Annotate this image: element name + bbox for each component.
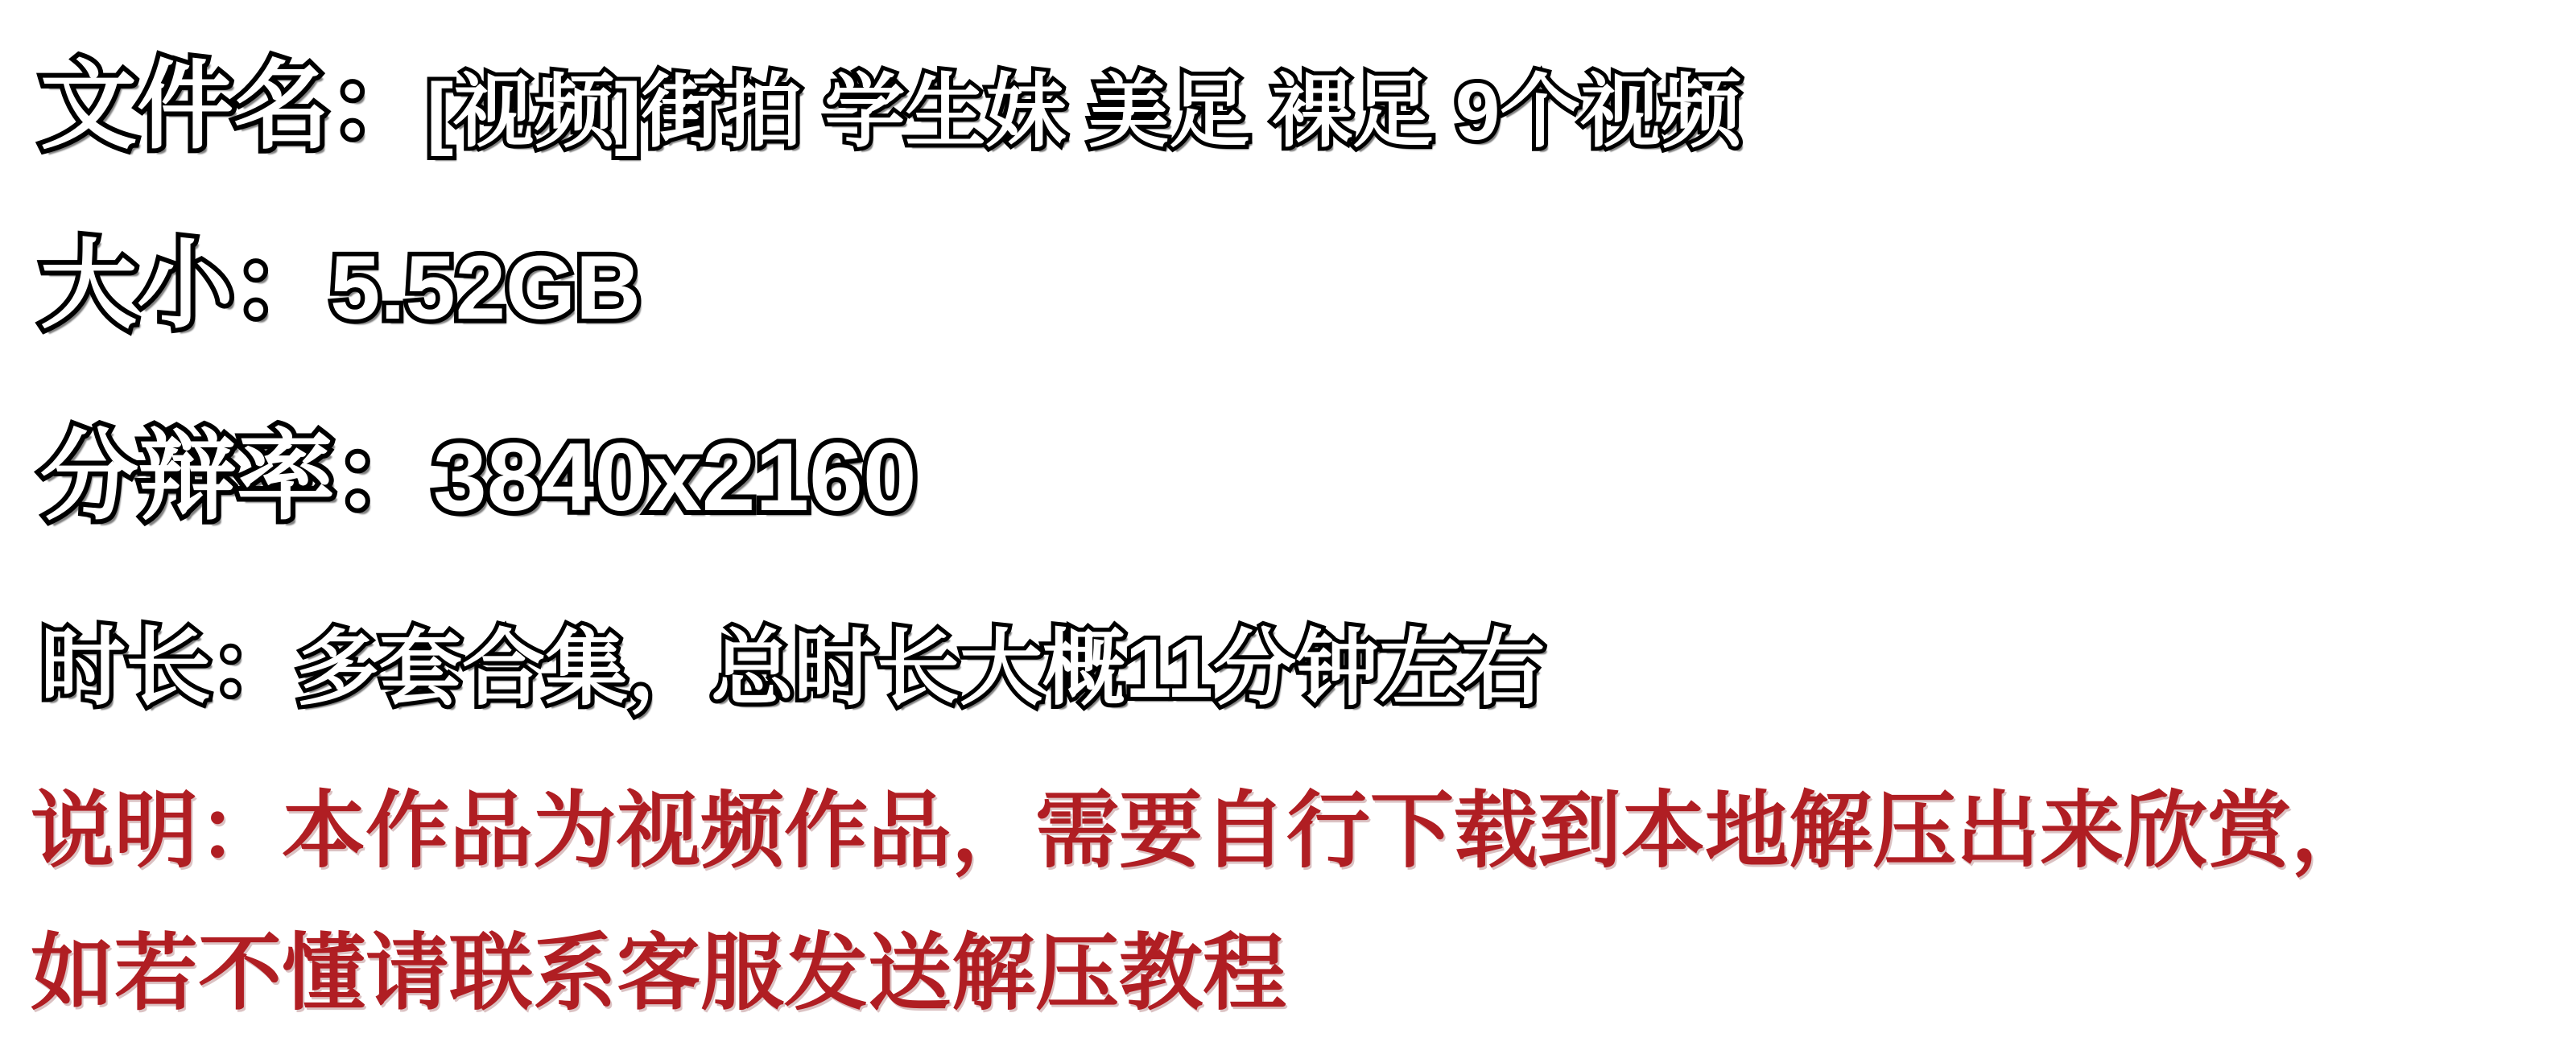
size-label: 大小： [40,232,330,340]
notice-line-1: 说明：本作品为视频作品，需要自行下载到本地解压出来欣赏， [31,789,2375,873]
filename-value: [视频]街拍 学生妹 美足 裸足 9个视频 [427,67,1741,157]
size-value: 5.52GB [330,237,641,338]
filename-label: 文件名： [40,52,427,160]
duration-value-wrap: 多套合集，总时长大概11分钟左右 多套合集，总时长大概11分钟左右 [296,627,1545,710]
resolution-label: 分辩率： [40,422,433,531]
notice-line-2: 如若不懂请联系客服发送解压教程 [31,932,1286,1015]
duration-label: 时长： [40,620,296,715]
field-row-resolution: 分辩率： 分辩率： 3840x2160 3840x2160 [40,427,917,525]
size-value-wrap: 5.52GB 5.52GB [330,243,641,333]
filename-label-wrap: 文件名： 文件名： [40,58,427,154]
duration-value: 多套合集，总时长大概11分钟左右 [296,622,1545,714]
field-row-duration: 时长： 时长： 多套合集，总时长大概11分钟左右 多套合集，总时长大概11分钟左… [40,625,1545,710]
field-row-filename: 文件名： 文件名： [视频]街拍 学生妹 美足 裸足 9个视频 [视频]街拍 学… [40,58,1741,154]
size-label-wrap: 大小： 大小： [40,237,330,334]
filename-value-wrap: [视频]街拍 学生妹 美足 裸足 9个视频 [视频]街拍 学生妹 美足 裸足 9… [427,72,1741,152]
field-row-size: 大小： 大小： 5.52GB 5.52GB [40,237,641,334]
duration-label-wrap: 时长： 时长： [40,625,296,710]
resolution-value-wrap: 3840x2160 3840x2160 [433,429,917,525]
resolution-value: 3840x2160 [433,423,917,531]
resolution-label-wrap: 分辩率： 分辩率： [40,427,433,525]
